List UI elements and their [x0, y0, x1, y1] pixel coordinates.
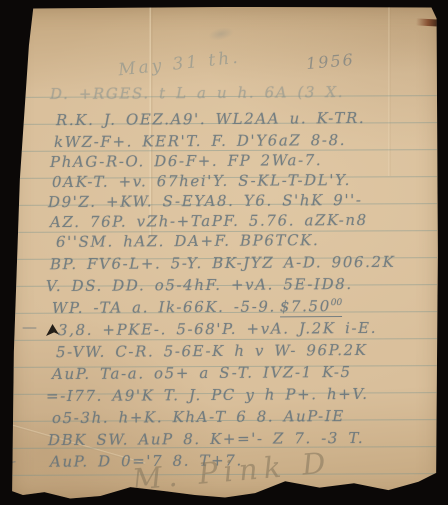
- torn-edge-notch: [416, 18, 438, 26]
- handwritten-line: o5-3h. h+K. KhA-T 6 8. AuP-IE: [52, 407, 345, 427]
- handwritten-line: D9'Z. +KW. S-EYA8. Y6. S'hK 9''-: [48, 191, 363, 211]
- vertical-fold-crease: [388, 6, 391, 176]
- scan-background: May 31 th. 1956 D. +RGES. t L a u h. 6A …: [0, 0, 448, 505]
- handwritten-line: PhAG-R-O. D6-F+. FP 2Wa-7.: [50, 151, 322, 171]
- handwritten-line: 0AK-T. +v. 67hei'Y. S-KL-T-DL'Y.: [52, 171, 351, 191]
- handwritten-line: V. DS. DD. o5-4hF. +vA. 5E-ID8.: [46, 275, 353, 295]
- date-day-text: May 31 th.: [117, 48, 241, 81]
- handwritten-line: AZ. 76P. vZh-+TaPF. 5.76. aZK-n8: [50, 211, 368, 231]
- handwritten-line: 5-VW. C-R. 5-6E-K h v W- 96P.2K: [56, 341, 368, 361]
- handwritten-line: WP. -TA a. Ik-66K. -5-9.$7.5000: [52, 297, 342, 317]
- date-year-text: 1956: [305, 50, 355, 73]
- paper-sheet: May 31 th. 1956 D. +RGES. t L a u h. 6A …: [10, 6, 440, 500]
- handwritten-line: 6''SM. hAZ. DA+F. BP6TCK.: [56, 231, 319, 251]
- handwritten-line: AuP. Ta-a. o5+ a S-T. IVZ-1 K-5: [52, 363, 352, 383]
- handwritten-line: 3,8. +PKE-. 5-68'P. +vA. J.2K i-E.: [58, 319, 377, 339]
- handwritten-line: BP. FV6-L+. 5-Y. BK-JYZ A-D. 906.2K: [50, 253, 396, 273]
- handwritten-line: R.K. J. OEZ.A9'. WL2AA u. K-TR.: [56, 109, 365, 129]
- pencil-smudge: [207, 25, 235, 42]
- margin-dash: —: [22, 318, 37, 336]
- handwritten-line: D. +RGES. t L a u h. 6A (3 X.: [50, 83, 344, 103]
- amount-due: $7.5000: [280, 297, 343, 317]
- margin-dash: -: [9, 452, 17, 471]
- handwritten-line: =-I77. A9'K T. J. PC y h P+. h+V.: [46, 385, 369, 405]
- handwritten-line: kWZ-F+. KER'T. F. D'Y6aZ 8-8.: [54, 131, 346, 151]
